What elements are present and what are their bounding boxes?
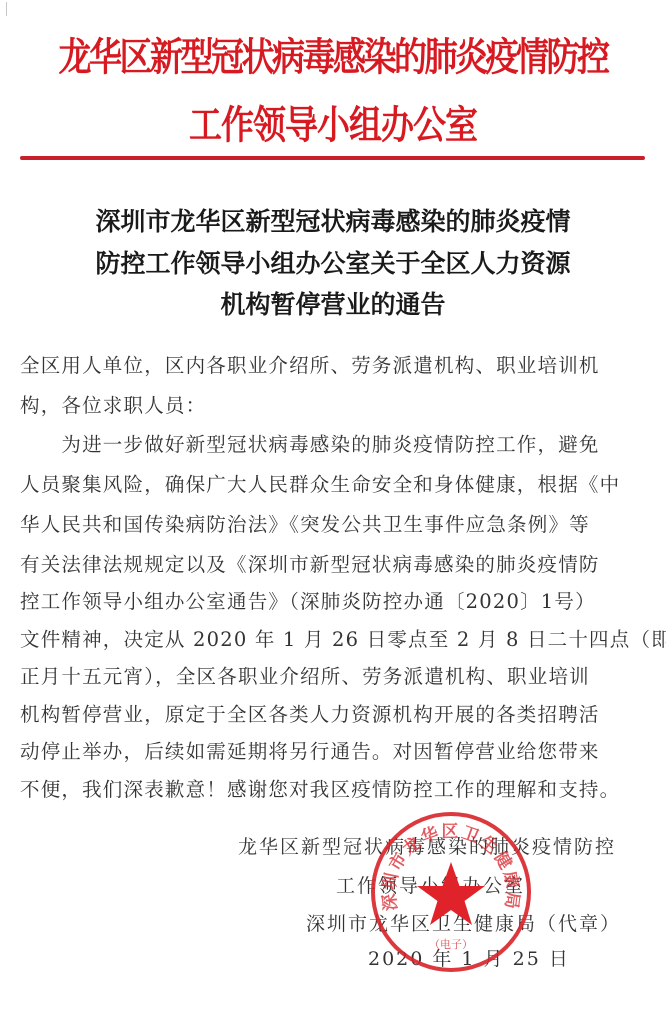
body-line: 控工作领导小组办公室通告》（深肺炎防控办通〔2020〕1号） (20, 590, 646, 614)
document-title-line-3: 机构暂停营业的通告 (0, 285, 666, 321)
document-title-line-2: 防控工作领导小组办公室关于全区人力资源 (0, 244, 666, 280)
body-line: 动停止举办，后续如需延期将另行通告。对因暂停营业给您带来 (20, 740, 646, 764)
body-line: 华人民共和国传染病防治法》《突发公共卫生事件应急条例》等 (20, 513, 646, 537)
body-line: 人员聚集风险，确保广大人民群众生命安全和身体健康，根据《中 (20, 473, 646, 497)
letterhead-divider (20, 156, 645, 160)
scan-edge-mark (6, 2, 7, 16)
signature-proxy-seal-line: 深圳市龙华区卫生健康局（代章） (306, 909, 621, 936)
document-title-line-1: 深圳市龙华区新型冠状病毒感染的肺炎疫情 (0, 202, 666, 238)
signature-issuer-line-1: 龙华区新型冠状病毒感染的肺炎疫情防控 (238, 832, 616, 859)
signature-issuer-line-2: 工作领导小组办公室 (336, 871, 525, 898)
body-line: 不便，我们深表歉意！感谢您对我区疫情防控工作的理解和支持。 (20, 778, 646, 802)
body-line: 全区用人单位，区内各职业介绍所、劳务派遣机构、职业培训机 (20, 354, 646, 378)
letterhead-line-1: 龙华区新型冠状病毒感染的肺炎疫情防控 (0, 27, 666, 82)
body-line: 为进一步做好新型冠状病毒感染的肺炎疫情防控工作，避免 (20, 433, 646, 457)
letterhead-line-2: 工作领导小组办公室 (0, 95, 666, 150)
body-line: 有关法律法规规定以及《深圳市新型冠状病毒感染的肺炎疫情防 (20, 553, 646, 577)
body-line: 文件精神，决定从 2020 年 1 月 26 日零点至 2 月 8 日二十四点（… (20, 628, 646, 652)
signature-date: 2020 年 1 月 25 日 (368, 944, 570, 971)
body-line: 正月十五元宵），全区各职业介绍所、劳务派遣机构、职业培训 (20, 665, 646, 689)
body-line: 机构暂停营业，原定于全区各类人力资源机构开展的各类招聘活 (20, 703, 646, 727)
body-line: 构，各位求职人员： (20, 394, 646, 418)
